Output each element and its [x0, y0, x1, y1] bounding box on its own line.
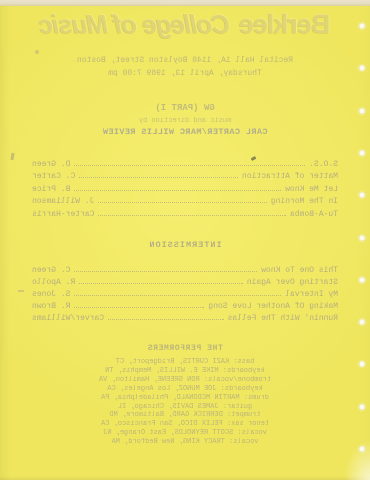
- program-row: Let Me Know B. Price: [32, 185, 338, 197]
- show-title: GW (PART I): [0, 103, 370, 113]
- song-artist: R. Brown: [32, 302, 70, 311]
- mirrored-showthrough-content: Berklee College of Music Recital Hall 1A…: [0, 0, 370, 480]
- performer-row: guitar: JAMES DAVIS, Chicago, IL: [0, 403, 370, 412]
- scanned-program-page-back: Berklee College of Music Recital Hall 1A…: [0, 0, 370, 480]
- dotted-leader: [79, 283, 243, 284]
- performer-row: tenor sax: FELIX DICO, San Francisco, CA: [0, 420, 370, 429]
- logo-college-of-music-text: College of Music: [40, 9, 237, 39]
- song-artist: Carver/Williams: [32, 314, 104, 323]
- song-title: S.O.S.: [309, 160, 338, 169]
- punch-hole: [359, 235, 365, 241]
- performer-row: trombone/vocals: RON GREENE, Hamilton, V…: [0, 376, 370, 385]
- program-row: Making Of Another Love Song R. Brown: [32, 302, 338, 314]
- performer-row: bass: KAZI CURTIS, Bridgeport, CT: [0, 358, 370, 367]
- program-row: Matter of Attraction C. Carter: [32, 172, 338, 184]
- song-title: Runnin' With The Fellas: [228, 314, 338, 323]
- performer-row: drums: MARTIN MCDONALD, Philadelphia, PA: [0, 394, 370, 403]
- program-row: Starting Over Again R. Apollo: [32, 278, 338, 290]
- song-title: Starting Over Again: [247, 278, 338, 287]
- punch-hole: [359, 361, 365, 367]
- song-artist: S. Jones: [32, 290, 70, 299]
- dotted-leader: [98, 215, 286, 216]
- song-artist: J. Williamson: [32, 197, 94, 206]
- punch-hole: [359, 108, 365, 114]
- program-row: Tu-A-Bomba Carter-Harris: [32, 210, 338, 222]
- program-row: My Interval S. Jones: [32, 290, 338, 302]
- program-row: Runnin' With The Fellas Carver/Williams: [32, 314, 338, 326]
- program-row: This One To Know C. Green: [32, 266, 338, 278]
- performer-row: keyboards: JOE MUNOZ, Los Angeles, CA: [0, 385, 370, 394]
- punch-hole: [359, 319, 365, 325]
- song-artist: B. Price: [32, 185, 70, 194]
- venue-line: Recital Hall 1A, 1140 Boylston Street, B…: [0, 56, 370, 65]
- punch-hole: [359, 277, 365, 283]
- ink-speck: [35, 50, 39, 54]
- song-title: This One To Know: [261, 266, 338, 275]
- program-row: In The Morning J. Williamson: [32, 197, 338, 209]
- performers-heading: THE PERFORMERS: [0, 344, 370, 353]
- program-list-part1: S.O.S. D. Green Matter of Attraction C. …: [32, 160, 338, 222]
- dotted-leader: [108, 319, 224, 320]
- punch-hole: [359, 150, 365, 156]
- song-artist: R. Apollo: [32, 278, 75, 287]
- punch-hole: [359, 23, 365, 29]
- dotted-leader: [79, 177, 238, 178]
- song-title: Let Me Know: [285, 185, 338, 194]
- dotted-leader: [74, 271, 257, 272]
- song-artist: D. Green: [32, 160, 70, 169]
- song-title: My Interval: [285, 290, 338, 299]
- song-title: Making Of Another Love Song: [208, 302, 338, 311]
- berklee-logo: Berklee College of Music: [0, 9, 370, 40]
- logo-berklee-text: Berklee: [240, 9, 331, 39]
- dotted-leader: [74, 295, 281, 296]
- song-title: Matter of Attraction: [242, 172, 338, 181]
- song-artist: C. Green: [32, 266, 70, 275]
- program-row: S.O.S. D. Green: [32, 160, 338, 172]
- performer-row: vocals: SCOTT REYNOLDS, East Orange, NJ: [0, 429, 370, 438]
- performer-row: keyboards: MIKE E. WILLIS, Memphis, TN: [0, 367, 370, 376]
- punch-hole: [359, 65, 365, 71]
- datetime-line: Thursday, April 13, 1989 7:00 pm: [0, 69, 370, 78]
- punch-hole: [359, 192, 365, 198]
- performers-list: bass: KAZI CURTIS, Bridgeport, CT keyboa…: [0, 358, 370, 447]
- intermission-label: INTERMISSION: [0, 240, 370, 250]
- ink-speck: [18, 290, 24, 292]
- show-byline: music and direction by: [0, 117, 370, 125]
- performer-row: trumpet: DERRICK GARD, Baltimore, MD: [0, 411, 370, 420]
- performer-row: vocals: TRACY KING, New Bedford, MA: [0, 438, 370, 447]
- song-artist: Carter-Harris: [32, 210, 94, 219]
- show-artists: CARL CARTER/MARC WILLIS REVIEW: [0, 127, 370, 137]
- punch-hole: [359, 404, 365, 410]
- program-list-part2: This One To Know C. Green Starting Over …: [32, 266, 338, 326]
- dotted-leader: [74, 165, 305, 166]
- song-title: In The Morning: [271, 197, 338, 206]
- song-title: Tu-A-Bomba: [290, 210, 338, 219]
- punch-hole: [359, 446, 365, 452]
- dotted-leader: [98, 202, 266, 203]
- punch-hole-column: [354, 0, 370, 480]
- song-artist: C. Carter: [32, 172, 75, 181]
- dotted-leader: [74, 190, 281, 191]
- dotted-leader: [74, 307, 204, 308]
